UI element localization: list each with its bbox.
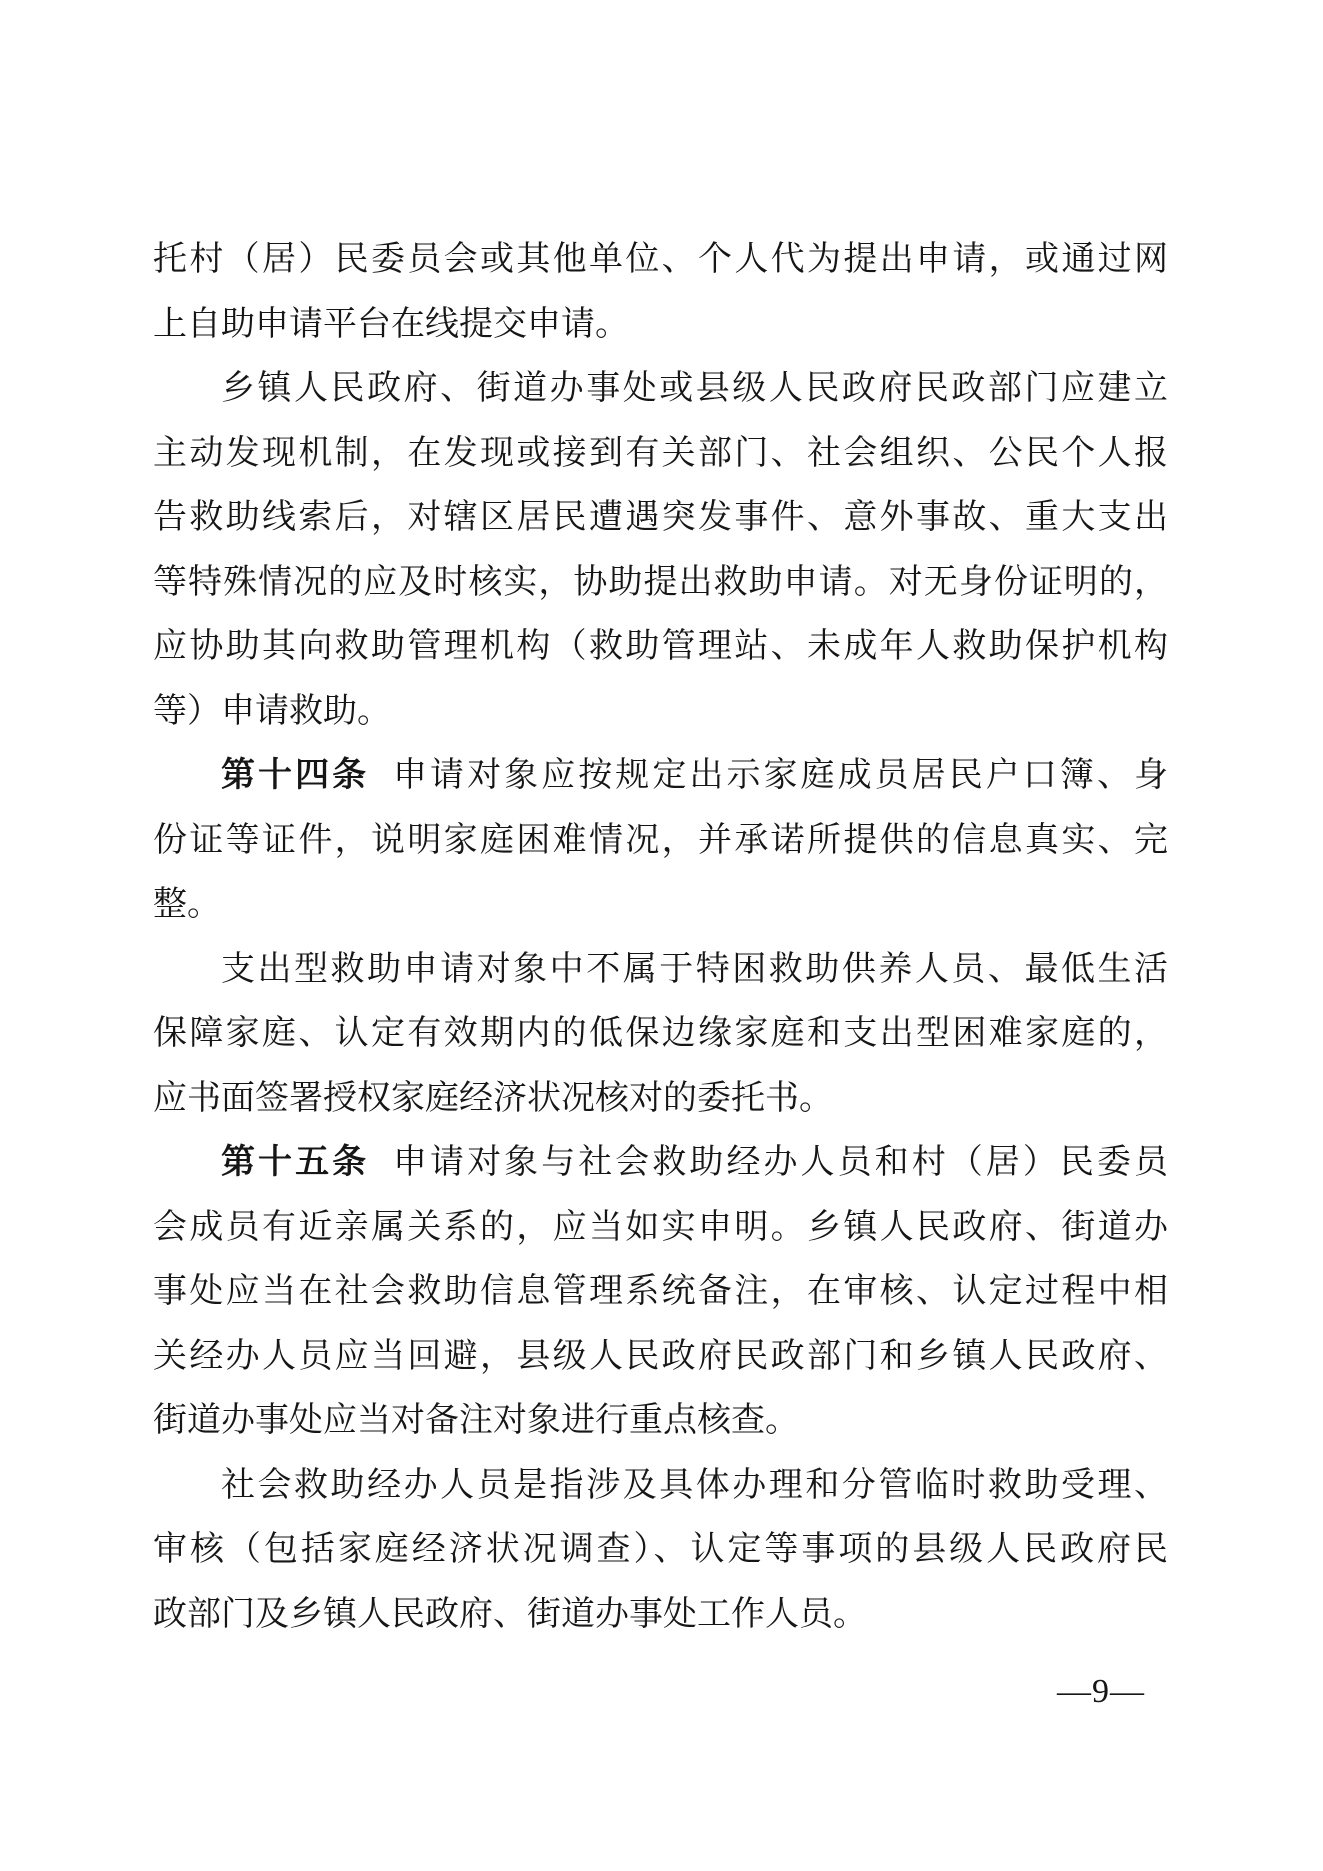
text-line: 等特殊情况的应及时核实，协助提出救助申请。对无身份证明的， <box>153 551 1168 616</box>
text-line: 关经办人员应当回避，县级人民政府民政部门和乡镇人民政府、 <box>153 1325 1168 1390</box>
text-line: 事处应当在社会救助信息管理系统备注，在审核、认定过程中相 <box>153 1260 1168 1325</box>
article-number-heading: 第十四条 <box>221 757 369 794</box>
text-line: 托村（居）民委员会或其他单位、个人代为提出申请，或通过网 <box>153 228 1168 293</box>
text-line: 社会救助经办人员是指涉及具体办理和分管临时救助受理、 <box>153 1454 1168 1519</box>
article-number-heading: 第十五条 <box>221 1144 369 1181</box>
text-line: 上自助申请平台在线提交申请。 <box>153 293 1168 358</box>
line-text: 申请对象与社会救助经办人员和村（居）民委员 <box>393 1144 1168 1181</box>
article-heading-line: 第十四条申请对象应按规定出示家庭成员居民户口簿、身 <box>153 744 1168 809</box>
document-page: 托村（居）民委员会或其他单位、个人代为提出申请，或通过网上自助申请平台在线提交申… <box>0 0 1323 1871</box>
article-heading-line: 第十五条申请对象与社会救助经办人员和村（居）民委员 <box>153 1131 1168 1196</box>
text-line: 审核（包括家庭经济状况调查）、认定等事项的县级人民政府民 <box>153 1518 1168 1583</box>
text-line: 保障家庭、认定有效期内的低保边缘家庭和支出型困难家庭的， <box>153 1002 1168 1067</box>
text-line: 政部门及乡镇人民政府、街道办事处工作人员。 <box>153 1583 1168 1648</box>
text-line: 告救助线索后，对辖区居民遭遇突发事件、意外事故、重大支出 <box>153 486 1168 551</box>
text-line: 会成员有近亲属关系的，应当如实申明。乡镇人民政府、街道办 <box>153 1196 1168 1261</box>
text-line: 整。 <box>153 873 1168 938</box>
line-text: 申请对象应按规定出示家庭成员居民户口簿、身 <box>393 757 1168 794</box>
text-line: 份证等证件，说明家庭困难情况，并承诺所提供的信息真实、完 <box>153 809 1168 874</box>
text-line: 应书面签署授权家庭经济状况核对的委托书。 <box>153 1067 1168 1132</box>
text-line: 主动发现机制，在发现或接到有关部门、社会组织、公民个人报 <box>153 422 1168 487</box>
text-block: 托村（居）民委员会或其他单位、个人代为提出申请，或通过网上自助申请平台在线提交申… <box>153 228 1168 1647</box>
text-line: 等）申请救助。 <box>153 680 1168 745</box>
text-line: 支出型救助申请对象中不属于特困救助供养人员、最低生活 <box>153 938 1168 1003</box>
page-number: —9— <box>1057 1672 1145 1712</box>
text-line: 应协助其向救助管理机构（救助管理站、未成年人救助保护机构 <box>153 615 1168 680</box>
text-line: 街道办事处应当对备注对象进行重点核查。 <box>153 1389 1168 1454</box>
text-line: 乡镇人民政府、街道办事处或县级人民政府民政部门应建立 <box>153 357 1168 422</box>
